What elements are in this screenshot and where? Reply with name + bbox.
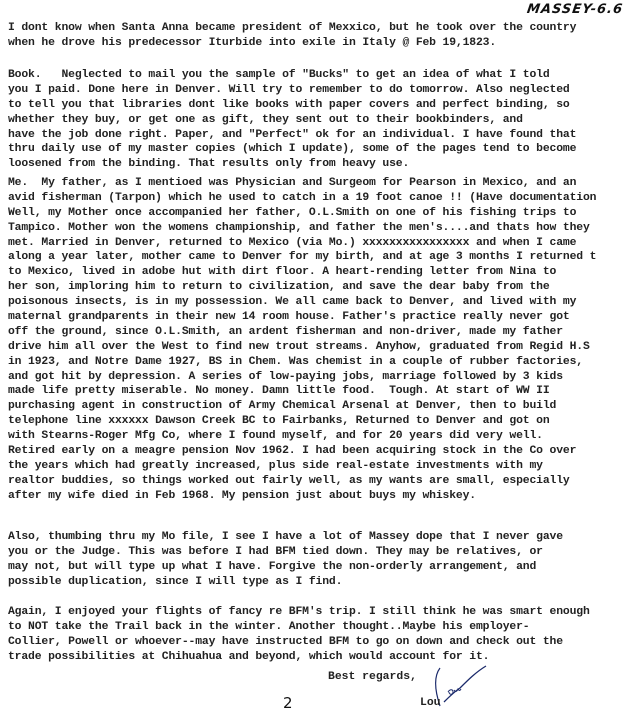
text-line: purchasing agent in construction of Army… [8,399,640,414]
text-line: trade possibilities at Chihuahua and bey… [8,650,640,665]
text-line: when he drove his predecessor Iturbide i… [8,36,640,51]
text-line: the years which had greatly increased, p… [8,459,640,474]
handwritten-document-id: MASSEY-6.6 [526,2,624,17]
text-line: poisonous insects, is in my possession. … [8,295,640,310]
text-line: met. Married in Denver, returned to Mexi… [8,236,640,251]
text-line: Book. Neglected to mail you the sample o… [8,68,640,83]
text-line: after my wife died in Feb 1968. My pensi… [8,489,640,504]
text-line: maternal grandparents in their new 14 ro… [8,310,640,325]
text-line: I dont know when Santa Anna became presi… [8,21,640,36]
text-line: her son, imploring him to return to civi… [8,280,640,295]
paragraph-book: Book. Neglected to mail you the sample o… [8,68,640,172]
text-line: may not, but will type up what I have. F… [8,560,640,575]
closing-salutation: Best regards, [328,671,417,683]
text-line: have the job done right. Paper, and "Per… [8,128,640,143]
paragraph-intro: I dont know when Santa Anna became presi… [8,21,640,51]
page-number: 2 [283,694,293,712]
text-line: avid fisherman (Tarpon) which he used to… [8,191,640,206]
text-line: Me. My father, as I mentioed was Physici… [8,176,640,191]
text-line: to Mexico, lived in adobe hut with dirt … [8,265,640,280]
text-line: realtor buddies, so things worked out fa… [8,474,640,489]
text-line: Collier, Powell or whoever--may have ins… [8,635,640,650]
text-line: with Stearns-Roger Mfg Co, where I found… [8,429,640,444]
letter-page: MASSEY-6.6 I dont know when Santa Anna b… [0,0,640,719]
text-line: thru daily use of my master copies (whic… [8,142,640,157]
handwritten-signature [430,662,490,718]
paragraph-bfm-trip: Again, I enjoyed your flights of fancy r… [8,605,640,665]
text-line: whether they buy, or get one as gift, th… [8,113,640,128]
text-line: Again, I enjoyed your flights of fancy r… [8,605,640,620]
text-line: and got hit by depression. A series of l… [8,370,640,385]
text-line: along a year later, mother came to Denve… [8,250,640,265]
text-line: to tell you that libraries dont like boo… [8,98,640,113]
text-line: made life pretty miserable. No money. Da… [8,384,640,399]
text-line: possible duplication, since I will type … [8,575,640,590]
text-line: drive him all over the West to find new … [8,340,640,355]
text-line: in 1923, and Notre Dame 1927, BS in Chem… [8,355,640,370]
text-line: Tampico. Mother won the womens champions… [8,221,640,236]
text-line: Retired early on a meagre pension Nov 19… [8,444,640,459]
text-line: loosened from the binding. That results … [8,157,640,172]
text-line: you I paid. Done here in Denver. Will tr… [8,83,640,98]
text-line: Well, my Mother once accompanied her fat… [8,206,640,221]
paragraph-biography: Me. My father, as I mentioed was Physici… [8,176,640,504]
text-line: you or the Judge. This was before I had … [8,545,640,560]
typed-signature: Lou [420,697,441,709]
text-line: Also, thumbing thru my Mo file, I see I … [8,530,640,545]
text-line: telephone line xxxxxx Dawson Creek BC to… [8,414,640,429]
paragraph-massey-file: Also, thumbing thru my Mo file, I see I … [8,530,640,590]
text-line: off the ground, since O.L.Smith, an arde… [8,325,640,340]
text-line: to NOT take the Trail back in the winter… [8,620,640,635]
